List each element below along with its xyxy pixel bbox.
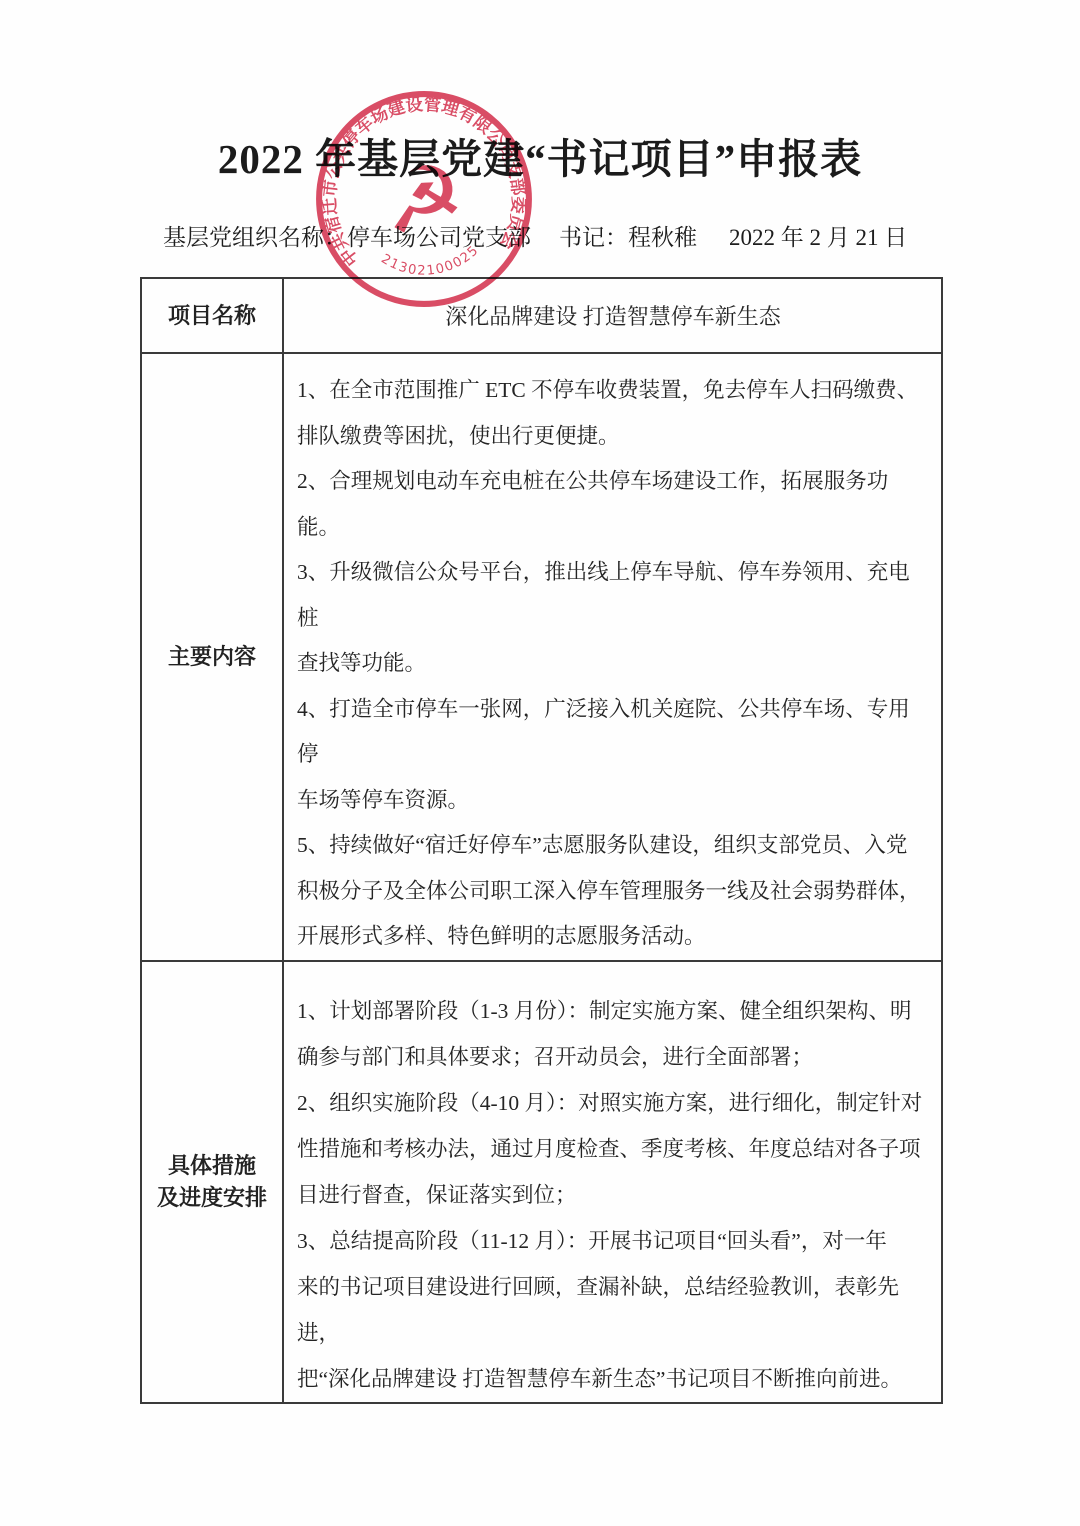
page-title: 2022 年基层党建“书记项目”申报表 xyxy=(0,126,1080,185)
row-label-project-name: 项目名称 xyxy=(141,278,283,353)
secretary-name: 程秋稚 xyxy=(628,225,697,250)
form-meta-row: 基层党组织名称：停车场公司党支部 书记：程秋稚 2022 年 2 月 21 日 xyxy=(163,219,903,249)
table-row-main-content: 主要内容 1、在全市范围推广 ETC 不停车收费装置，免去停车人扫码缴费、 排队… xyxy=(141,353,942,961)
row-label-main-content: 主要内容 xyxy=(141,353,283,961)
row-label-measures-schedule: 具体措施 及进度安排 xyxy=(141,961,283,1403)
secretary: 书记：程秋稚 xyxy=(559,219,697,252)
org-name-label: 基层党组织名称： xyxy=(163,225,347,250)
table-row-measures-schedule: 具体措施 及进度安排 1、计划部署阶段（1-3 月份）：制定实施方案、健全组织架… xyxy=(141,961,942,1403)
measures-schedule-text: 1、计划部署阶段（1-3 月份）：制定实施方案、健全组织架构、明 确参与部门和具… xyxy=(283,961,942,1403)
report-date: 2022 年 2 月 21 日 xyxy=(729,219,907,252)
org-name: 基层党组织名称：停车场公司党支部 xyxy=(163,219,531,252)
secretary-label: 书记： xyxy=(559,225,628,250)
org-name-value: 停车场公司党支部 xyxy=(347,225,531,250)
project-name-value: 深化品牌建设 打造智慧停车新生态 xyxy=(283,278,942,353)
table-row-project-name: 项目名称 深化品牌建设 打造智慧停车新生态 xyxy=(141,278,942,353)
application-table: 项目名称 深化品牌建设 打造智慧停车新生态 主要内容 1、在全市范围推广 ETC… xyxy=(140,277,943,1404)
main-content-text: 1、在全市范围推广 ETC 不停车收费装置，免去停车人扫码缴费、 排队缴费等困扰… xyxy=(283,353,942,961)
